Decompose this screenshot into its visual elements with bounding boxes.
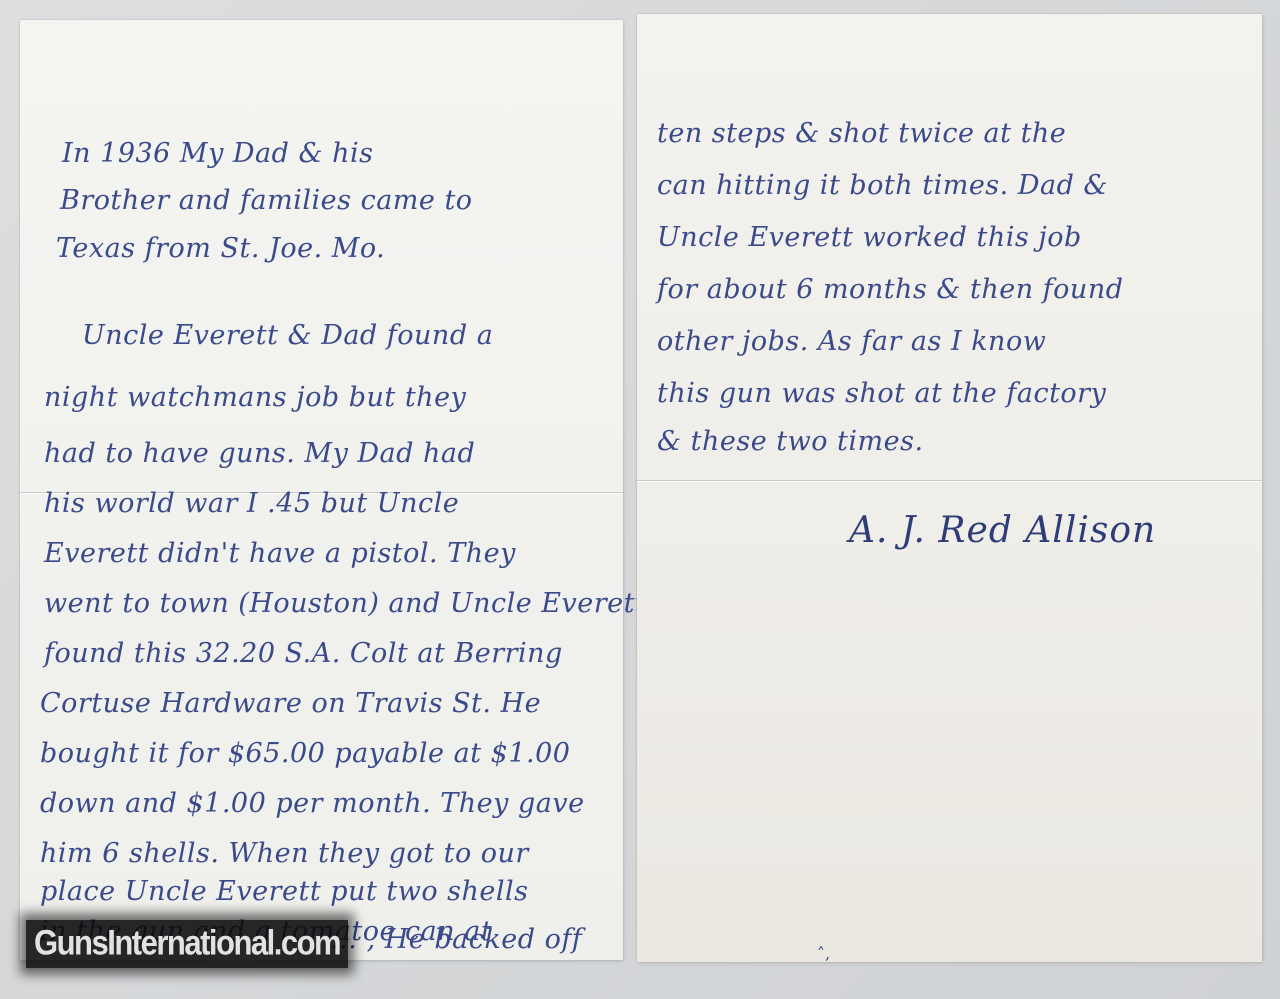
handwritten-line: & these two times. — [657, 426, 924, 457]
handwritten-line: Uncle Everett worked this job — [657, 222, 1082, 253]
paper-fold-line — [637, 480, 1262, 481]
handwritten-line: down and $1.00 per month. They gave — [40, 788, 585, 819]
watermark-logo: GunsInternational.com — [26, 920, 348, 968]
handwritten-line: In 1936 My Dad & his — [62, 138, 374, 169]
handwritten-line: other jobs. As far as I know — [657, 326, 1046, 357]
handwritten-line: his world war I .45 but Uncle — [44, 488, 459, 519]
stray-ink-mark: ˄, — [817, 944, 830, 963]
handwritten-line: bought it for $65.00 payable at $1.00 — [40, 738, 570, 769]
handwritten-line: went to town (Houston) and Uncle Everett — [44, 588, 646, 619]
handwritten-line: found this 32.20 S.A. Colt at Berring — [44, 638, 563, 669]
handwritten-line: him 6 shells. When they got to our — [40, 838, 529, 869]
handwritten-line: … , He backed off — [330, 924, 582, 955]
handwritten-line: had to have guns. My Dad had — [44, 438, 475, 469]
signature: A. J. Red Allison — [849, 510, 1156, 551]
handwritten-line: place Uncle Everett put two shells — [40, 876, 529, 907]
handwritten-line: Uncle Everett & Dad found a — [82, 320, 493, 351]
handwritten-line: Everett didn't have a pistol. They — [44, 538, 516, 569]
handwritten-line: Brother and families came to — [60, 185, 473, 216]
letter-page-1: In 1936 My Dad & his Brother and familie… — [20, 20, 623, 960]
handwritten-line: Cortuse Hardware on Travis St. He — [40, 688, 541, 719]
handwritten-line: ten steps & shot twice at the — [657, 118, 1066, 149]
letter-page-2: ten steps & shot twice at the can hittin… — [637, 14, 1262, 962]
handwritten-line: Texas from St. Joe. Mo. — [56, 233, 385, 264]
handwritten-line: night watchmans job but they — [44, 382, 466, 413]
handwritten-line: for about 6 months & then found — [657, 274, 1124, 305]
handwritten-line: this gun was shot at the factory — [657, 378, 1106, 409]
handwritten-line: can hitting it both times. Dad & — [657, 170, 1108, 201]
